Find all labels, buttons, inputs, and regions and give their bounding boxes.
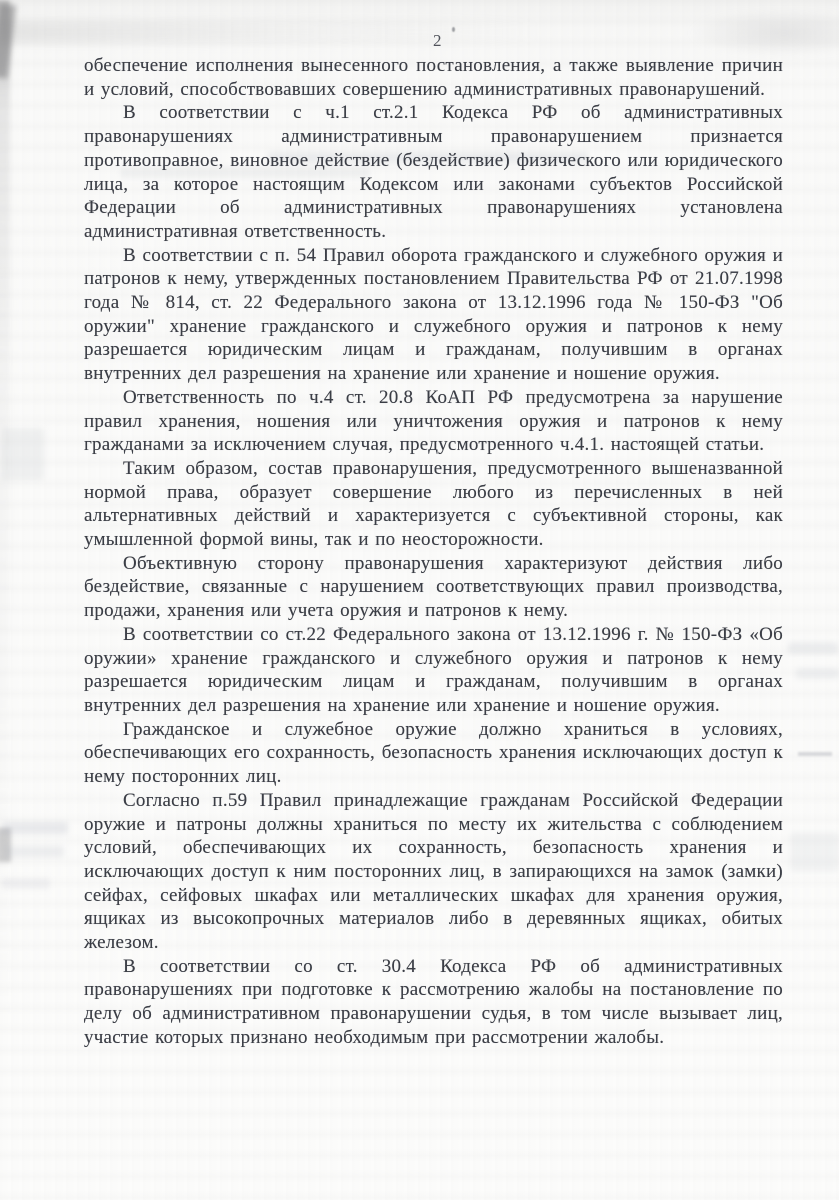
- paragraph: В соответствии со ст. 30.4 Кодекса РФ об…: [84, 955, 783, 1050]
- paragraph: Гражданское и служебное оружие должно хр…: [84, 718, 783, 789]
- bleedthrough-mark: [2, 428, 44, 480]
- bleedthrough-mark: [6, 846, 64, 857]
- paragraph: Таким образом, состав правонарушения, пр…: [84, 457, 783, 552]
- bleedthrough-mark: [2, 878, 50, 889]
- bleedthrough-mark: [798, 752, 832, 756]
- bleedthrough-mark: [796, 668, 839, 679]
- scan-edge-left-shadow: [0, 0, 10, 1200]
- paragraph: Ответственность по ч.4 ст. 20.8 КоАП РФ …: [84, 386, 783, 457]
- paragraph: Объективную сторону правонарушения харак…: [84, 552, 783, 623]
- bleedthrough-mark: [790, 832, 839, 872]
- document-body: обеспечение исполнения вынесенного поста…: [84, 54, 783, 1050]
- bleedthrough-mark: [2, 822, 68, 834]
- paragraph: В соответствии с ч.1 ст.2.1 Кодекса РФ о…: [84, 101, 783, 243]
- paragraph: В соответствии с п. 54 Правил оборота гр…: [84, 244, 783, 386]
- bleedthrough-mark: [788, 642, 838, 654]
- paragraph: Согласно п.59 Правил принадлежащие гражд…: [84, 789, 783, 955]
- scanned-document-page: 2 обеспечение исполнения вынесенного пос…: [0, 0, 839, 1200]
- scan-corner-mark-left: [0, 828, 11, 862]
- paragraph: В соответствии со ст.22 Федерального зак…: [84, 623, 783, 718]
- page-number: 2: [0, 31, 839, 51]
- paragraph: обеспечение исполнения вынесенного поста…: [84, 54, 783, 101]
